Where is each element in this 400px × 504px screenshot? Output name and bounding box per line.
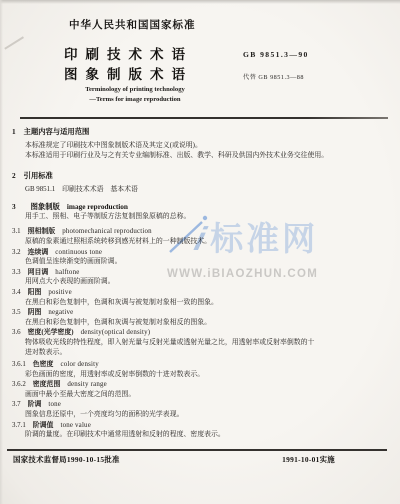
term-number: 3.1 [12,228,21,235]
term-zh: 阶调 [28,401,42,408]
section-2-reference: GB 9851.1 印刷技术术语 基本术语 [25,185,336,195]
term-definition: 画面中最小至最大密度之间的范围。 [25,390,319,400]
term-line: 3.2连续调continuous tone [12,248,336,258]
term-zh: 照相制版 [28,228,56,235]
term-line: 3.3网目调halftone [12,268,336,278]
term-zh: 密度范围 [33,381,61,388]
term-row: 3.2连续调continuous tone 色调值呈连续渐变的画面阶调。 [12,248,336,267]
term-zh: 阶调值 [33,422,54,429]
header-rule [20,117,388,119]
doc-title-zh-line1: 印刷技术术语 [64,43,193,63]
term-line: 3.1照相制版photomechanical reproduction [12,227,336,237]
replaces-note: 代替 GB 9851.3—88 [243,72,304,81]
term-number: 3.6 [12,329,21,336]
term-number: 3.4 [12,289,21,296]
term-en: tone value [60,422,91,429]
term-zh: 色密度 [33,361,54,368]
term-number: 3.6.2 [12,381,26,388]
term-en: density(optical density) [81,329,151,336]
term-zh: 密度(光学密度) [28,329,74,336]
term-row: 3.4阳图positive 在黑白和彩色复制中，色调和灰调与被复制对象相一致的图… [12,288,336,307]
term-row: 3.1照相制版photomechanical reproduction 原稿的象… [12,227,336,246]
term-definition: 图象信息还原中，一个亮度均匀的面积的光学表现。 [25,410,319,420]
footer-rule [7,449,387,451]
term-definition: 在黑白和彩色复制中，色调和灰调与被复制对象相一致的图象。 [25,298,319,308]
term-number: 3.6.1 [12,361,26,368]
scan-left-edge [0,0,3,504]
doc-title-zh-line2: 图象制版术语 [64,63,193,83]
term-line: 3.7.1阶调值tone value [12,421,336,431]
term-definition: 物体吸收光线的特性程度，即入射光量与反射光量或透射光量之比，用透射率或反射率倒数… [25,338,319,357]
term-number: 3.5 [12,309,21,316]
term-definition: 色调值呈连续渐变的画面阶调。 [25,257,319,267]
term-en: halftone [55,269,79,276]
section-3-number: 3 [12,202,16,211]
term-number: 3.7 [12,401,21,408]
term-zh: 连续调 [28,249,49,256]
section-1-heading: 1主题内容与适用范围 [12,127,336,137]
document-page: i标准网 WWW.iBIAOZHUN.COM 中华人民共和国国家标准 印刷技术术… [0,0,400,504]
term-definition: 用网点大小表现的画面阶调。 [25,277,319,287]
term-line: 3.5阴图negative [12,308,336,318]
document-body: 1主题内容与适用范围 本标准规定了印刷技术中图象制版术语及其定义(或说明)。 本… [12,127,336,440]
section-3-term-en: image reproduction [67,202,128,211]
standard-code: GB 9851.3—90 [243,50,309,59]
section-2-heading: 2引用标准 [12,171,336,181]
footer-approval: 国家技术监督局1990-10-15批准 [13,454,120,465]
term-definition: 阶调的量度。在印刷技术中通常用透射和反射的程度、密度表示。 [25,430,319,440]
term-en: tone [48,401,61,408]
term-line: 3.7阶调tone [12,400,336,410]
term-line: 3.6.1色密度color density [12,360,336,370]
term-row: 3.3网目调halftone 用网点大小表现的画面阶调。 [12,268,336,287]
term-zh: 网目调 [28,269,49,276]
term-en: color density [60,361,98,368]
section-3-term-zh: 图象制版 [31,202,60,211]
doc-title-en-line1: Terminology of printing technology [40,85,230,95]
term-number: 3.3 [12,269,21,276]
term-row: 3.7.1阶调值tone value 阶调的量度。在印刷技术中通常用透射和反射的… [12,421,336,440]
term-zh: 阴图 [28,309,42,316]
term-row: 3.6密度(光学密度)density(optical density) 物体吸收… [12,328,336,357]
term-row: 3.6.2密度范围density range 画面中最小至最大密度之间的范围。 [12,380,336,399]
footer-effective-date: 1991-10-01实施 [282,454,335,465]
term-en: continuous tone [55,249,102,256]
term-row: 3.7阶调tone 图象信息还原中，一个亮度均匀的面积的光学表现。 [12,400,336,419]
term-line: 3.6.2密度范围density range [12,380,336,390]
section-1-number: 1 [12,127,16,136]
term-row: 3.6.1色密度color density 彩色画面的密度，用透射率或反射率倒数… [12,360,336,379]
section-1-title: 主题内容与适用范围 [24,127,90,136]
term-definition: 在黑白和彩色复制中，色调和灰调与被复制对象相反的图象。 [25,318,319,328]
term-line: 3.6密度(光学密度)density(optical density) [12,328,336,338]
term-en: photomechanical reproduction [62,228,152,235]
term-definition: 彩色画面的密度，用透射率或反射率倒数的十进对数表示。 [25,370,319,380]
section-2-number: 2 [12,171,16,180]
term-en: density range [67,381,107,388]
term-en: positive [48,289,71,296]
section-3-definition: 用手工、照相、电子等制版方法复制图象原稿的总称。 [25,212,319,222]
doc-title-en-line2: —Terms for image reproduction [40,95,230,105]
term-en: negative [48,309,73,316]
section-1-para-1: 本标准规定了印刷技术中图象制版术语及其定义(或说明)。 [25,141,330,151]
term-line: 3.4阳图positive [12,288,336,298]
term-number: 3.7.1 [12,422,26,429]
section-2-title: 引用标准 [24,171,53,180]
term-definition: 原稿的象素通过照相系统转移到感光材料上的一种制版技术。 [25,237,319,247]
scan-top-edge [0,0,400,4]
term-zh: 阳图 [28,289,42,296]
fold-mark [4,36,23,49]
section-1-para-2: 本标准适用于印刷行业及与之有关专业编制标准、出版、教学、科研及供国内外技术业务交… [25,151,330,161]
header-national-standard: 中华人民共和国国家标准 [69,17,196,32]
term-row: 3.5阴图negative 在黑白和彩色复制中，色调和灰调与被复制对象相反的图象… [12,308,336,327]
term-number: 3.2 [12,249,21,256]
section-3-heading: 3图象制版image reproduction [12,202,336,212]
